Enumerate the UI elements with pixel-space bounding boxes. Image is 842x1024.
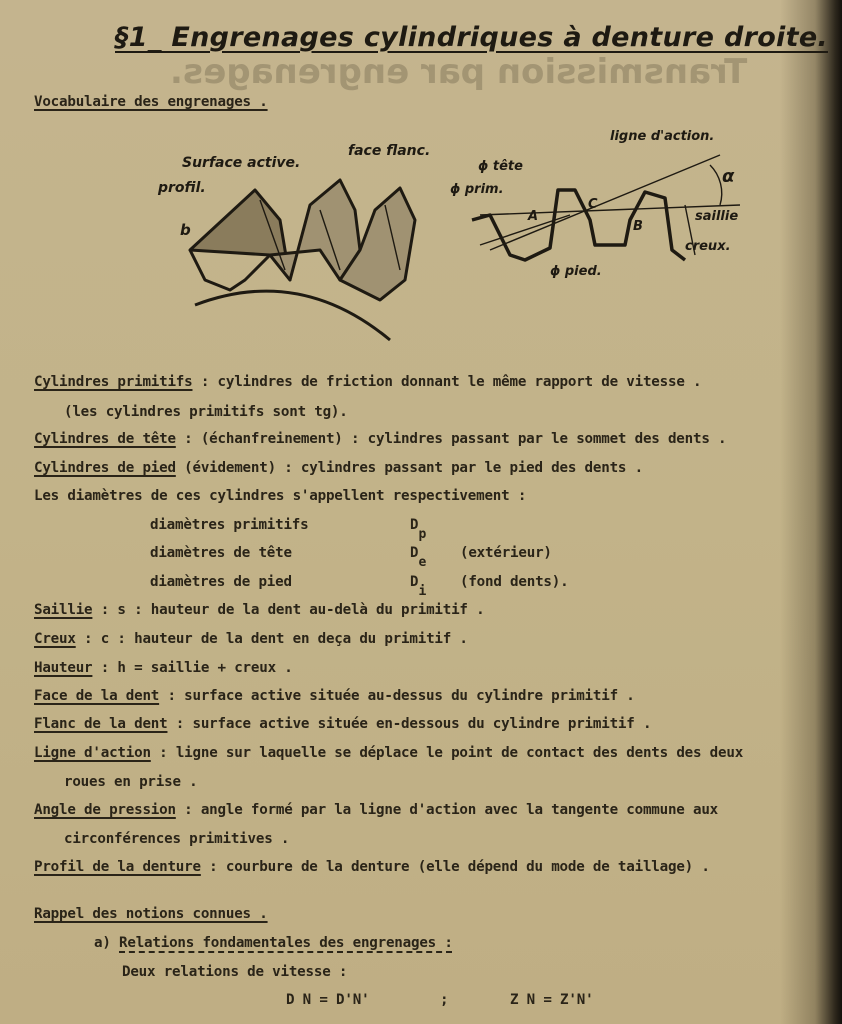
section-vocabulary-heading: Vocabulaire des engrenages . <box>34 94 268 110</box>
diameter-note-pied: (fond dents). <box>460 574 568 590</box>
label-phi-tete: ϕ tête <box>478 159 523 174</box>
label-alpha: α <box>722 166 735 187</box>
definition-ligne-action: Ligne d'action : ligne sur laquelle se d… <box>34 745 743 761</box>
gear-profile-figure: ligne d'action. ϕ tête ϕ prim. ϕ pied. s… <box>440 120 770 290</box>
label-point-b: B <box>633 219 643 234</box>
rappel-line: Deux relations de vitesse : <box>122 964 347 980</box>
definition-cylindres-pied: Cylindres de pied (évidement) : cylindre… <box>34 460 643 476</box>
page-title: §1_ Engrenages cylindriques à denture dr… <box>115 22 828 53</box>
rappel-subheading: a) Relations fondamentales des engrenage… <box>94 935 453 951</box>
equation-separator: ; <box>440 992 448 1008</box>
diameter-name-tete: diamètres de tête <box>150 545 292 561</box>
label-point-c: C <box>588 197 598 212</box>
definition-angle-pression-cont: circonférences primitives . <box>64 831 289 847</box>
equation-dn: D N = D'N' <box>286 992 369 1008</box>
gear-teeth-figure: Surface active. face flanc. profil. b <box>150 130 440 350</box>
diameter-name-primitif: diamètres primitifs <box>150 517 309 533</box>
definition-angle-pression: Angle de pression : angle formé par la l… <box>34 802 718 818</box>
definition-profil-denture: Profil de la denture : courbure de la de… <box>34 859 710 875</box>
label-face-flanc: face flanc. <box>348 143 430 159</box>
label-surface-active: Surface active. <box>182 155 300 171</box>
definition-saillie: Saillie : s : hauteur de la dent au-delà… <box>34 602 484 618</box>
definition-creux: Creux : c : hauteur de la dent en deça d… <box>34 631 468 647</box>
equation-zn: Z N = Z'N' <box>510 992 593 1008</box>
definition-flanc-dent: Flanc de la dent : surface active située… <box>34 716 651 732</box>
diameter-symbol-tete: De <box>410 545 426 561</box>
label-b: b <box>180 221 191 239</box>
diameter-name-pied: diamètres de pied <box>150 574 292 590</box>
label-saillie: saillie <box>695 209 738 224</box>
label-point-a: A <box>527 209 538 224</box>
definition-hauteur: Hauteur : h = saillie + creux . <box>34 660 293 676</box>
diameter-symbol-pied: Di <box>410 574 426 590</box>
diameter-symbol-primitif: Dp <box>410 517 426 533</box>
label-phi-prim: ϕ prim. <box>450 182 504 197</box>
definition-cylindres-primitifs: Cylindres primitifs : cylindres de frict… <box>34 374 701 390</box>
bleed-through-heading: Transmission par engrenages. <box>170 52 747 92</box>
definition-face-dent: Face de la dent : surface active située … <box>34 688 635 704</box>
label-ligne-action: ligne d'action. <box>610 129 714 144</box>
diameter-note-tete: (extérieur) <box>460 545 552 561</box>
label-creux: creux. <box>685 239 731 254</box>
label-profil: profil. <box>157 180 206 196</box>
definition-note-tg: (les cylindres primitifs sont tg). <box>64 404 348 420</box>
definition-cylindres-tete: Cylindres de tête : (échanfreinement) : … <box>34 431 726 447</box>
scanned-page: Transmission par engrenages. §1_ Engrena… <box>0 0 842 1024</box>
rappel-heading: Rappel des notions connues . <box>34 906 268 922</box>
diameters-intro: Les diamètres de ces cylindres s'appelle… <box>34 488 526 504</box>
definition-ligne-action-cont: roues en prise . <box>64 774 197 790</box>
label-phi-pied: ϕ pied. <box>550 264 602 279</box>
